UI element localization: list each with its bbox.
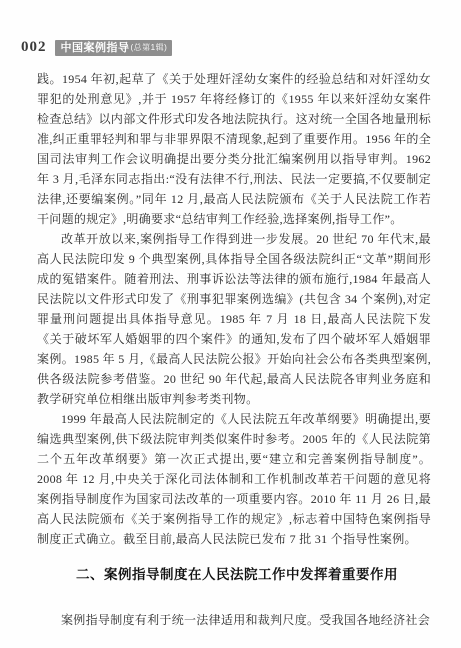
page-header: 002 中国案例指导 (总第1辑) [21,39,172,56]
paragraph-continuation: 践。1954 年初,起草了《关于处理奸淫幼女案件的经验总结和对奸淫幼女罪犯的处刑… [37,69,431,229]
series-badge-issue: (总第1辑) [131,42,168,53]
section-heading: 二、案例指导制度在人民法院工作中发挥着重要作用 [37,565,431,585]
series-badge: 中国案例指导 (总第1辑) [55,40,173,56]
series-badge-title: 中国案例指导 [61,39,130,55]
paragraph-reform-era: 改革开放以来,案例指导工作得到进一步发展。20 世纪 70 年代末,最高人民法院… [37,229,431,409]
body-text: 践。1954 年初,起草了《关于处理奸淫幼女案件的经验总结和对奸淫幼女罪犯的处刑… [37,69,431,630]
book-page: 002 中国案例指导 (总第1辑) 践。1954 年初,起草了《关于处理奸淫幼女… [0,0,461,648]
paragraph-after-heading: 案例指导制度有利于统一法律适用和裁判尺度。受我国各地经济社会 [37,610,431,630]
paragraph-1999-onward: 1999 年最高人民法院制定的《人民法院五年改革纲要》明确提出,要编选典型案例,… [37,409,431,549]
page-number: 002 [21,39,47,56]
